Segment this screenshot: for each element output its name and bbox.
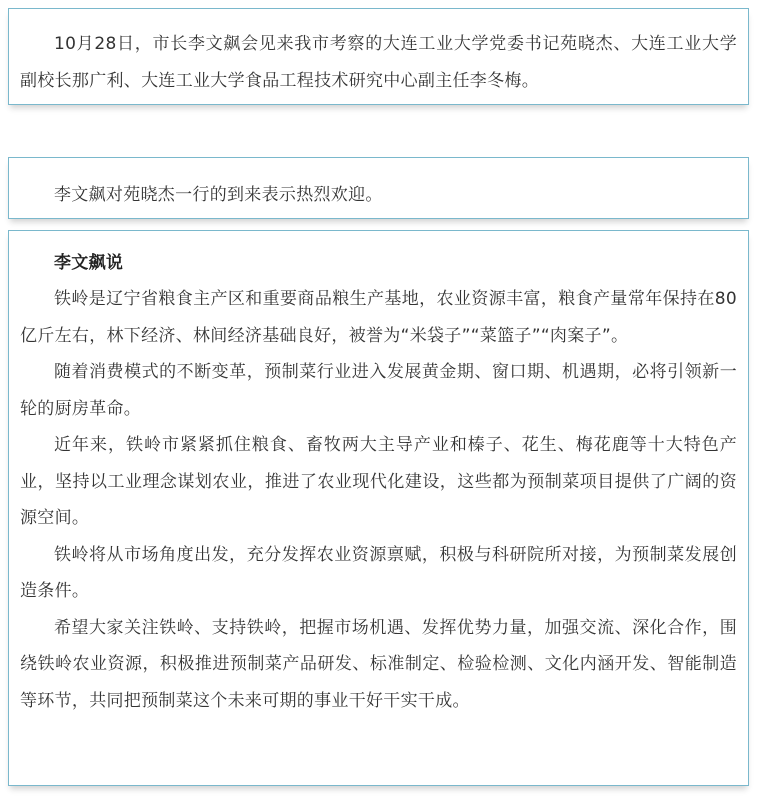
speech-paragraph: 铁岭将从市场角度出发，充分发挥农业资源禀赋，积极与科研院所对接，为预制菜发展创造…	[20, 537, 737, 610]
welcome-paragraph: 李文飙对苑晓杰一行的到来表示热烈欢迎。	[20, 177, 737, 214]
speech-paragraph: 希望大家关注铁岭、支持铁岭，把握市场机遇、发挥优势力量，加强交流、深化合作，围绕…	[20, 610, 737, 720]
intro-card: 10月28日，市长李文飙会见来我市考察的大连工业大学党委书记苑晓杰、大连工业大学…	[8, 8, 749, 105]
speech-paragraph: 铁岭是辽宁省粮食主产区和重要商品粮生产基地，农业资源丰富，粮食产量常年保持在80…	[20, 281, 737, 354]
speech-paragraph: 近年来，铁岭市紧紧抓住粮食、畜牧两大主导产业和榛子、花生、梅花鹿等十大特色产业，…	[20, 427, 737, 537]
welcome-card: 李文飙对苑晓杰一行的到来表示热烈欢迎。	[8, 157, 749, 219]
speech-title: 李文飙说	[20, 250, 737, 276]
speech-paragraph: 随着消费模式的不断变革，预制菜行业进入发展黄金期、窗口期、机遇期，必将引领新一轮…	[20, 354, 737, 427]
speech-card: 李文飙说 铁岭是辽宁省粮食主产区和重要商品粮生产基地，农业资源丰富，粮食产量常年…	[8, 230, 749, 786]
intro-paragraph: 10月28日，市长李文飙会见来我市考察的大连工业大学党委书记苑晓杰、大连工业大学…	[20, 26, 737, 99]
